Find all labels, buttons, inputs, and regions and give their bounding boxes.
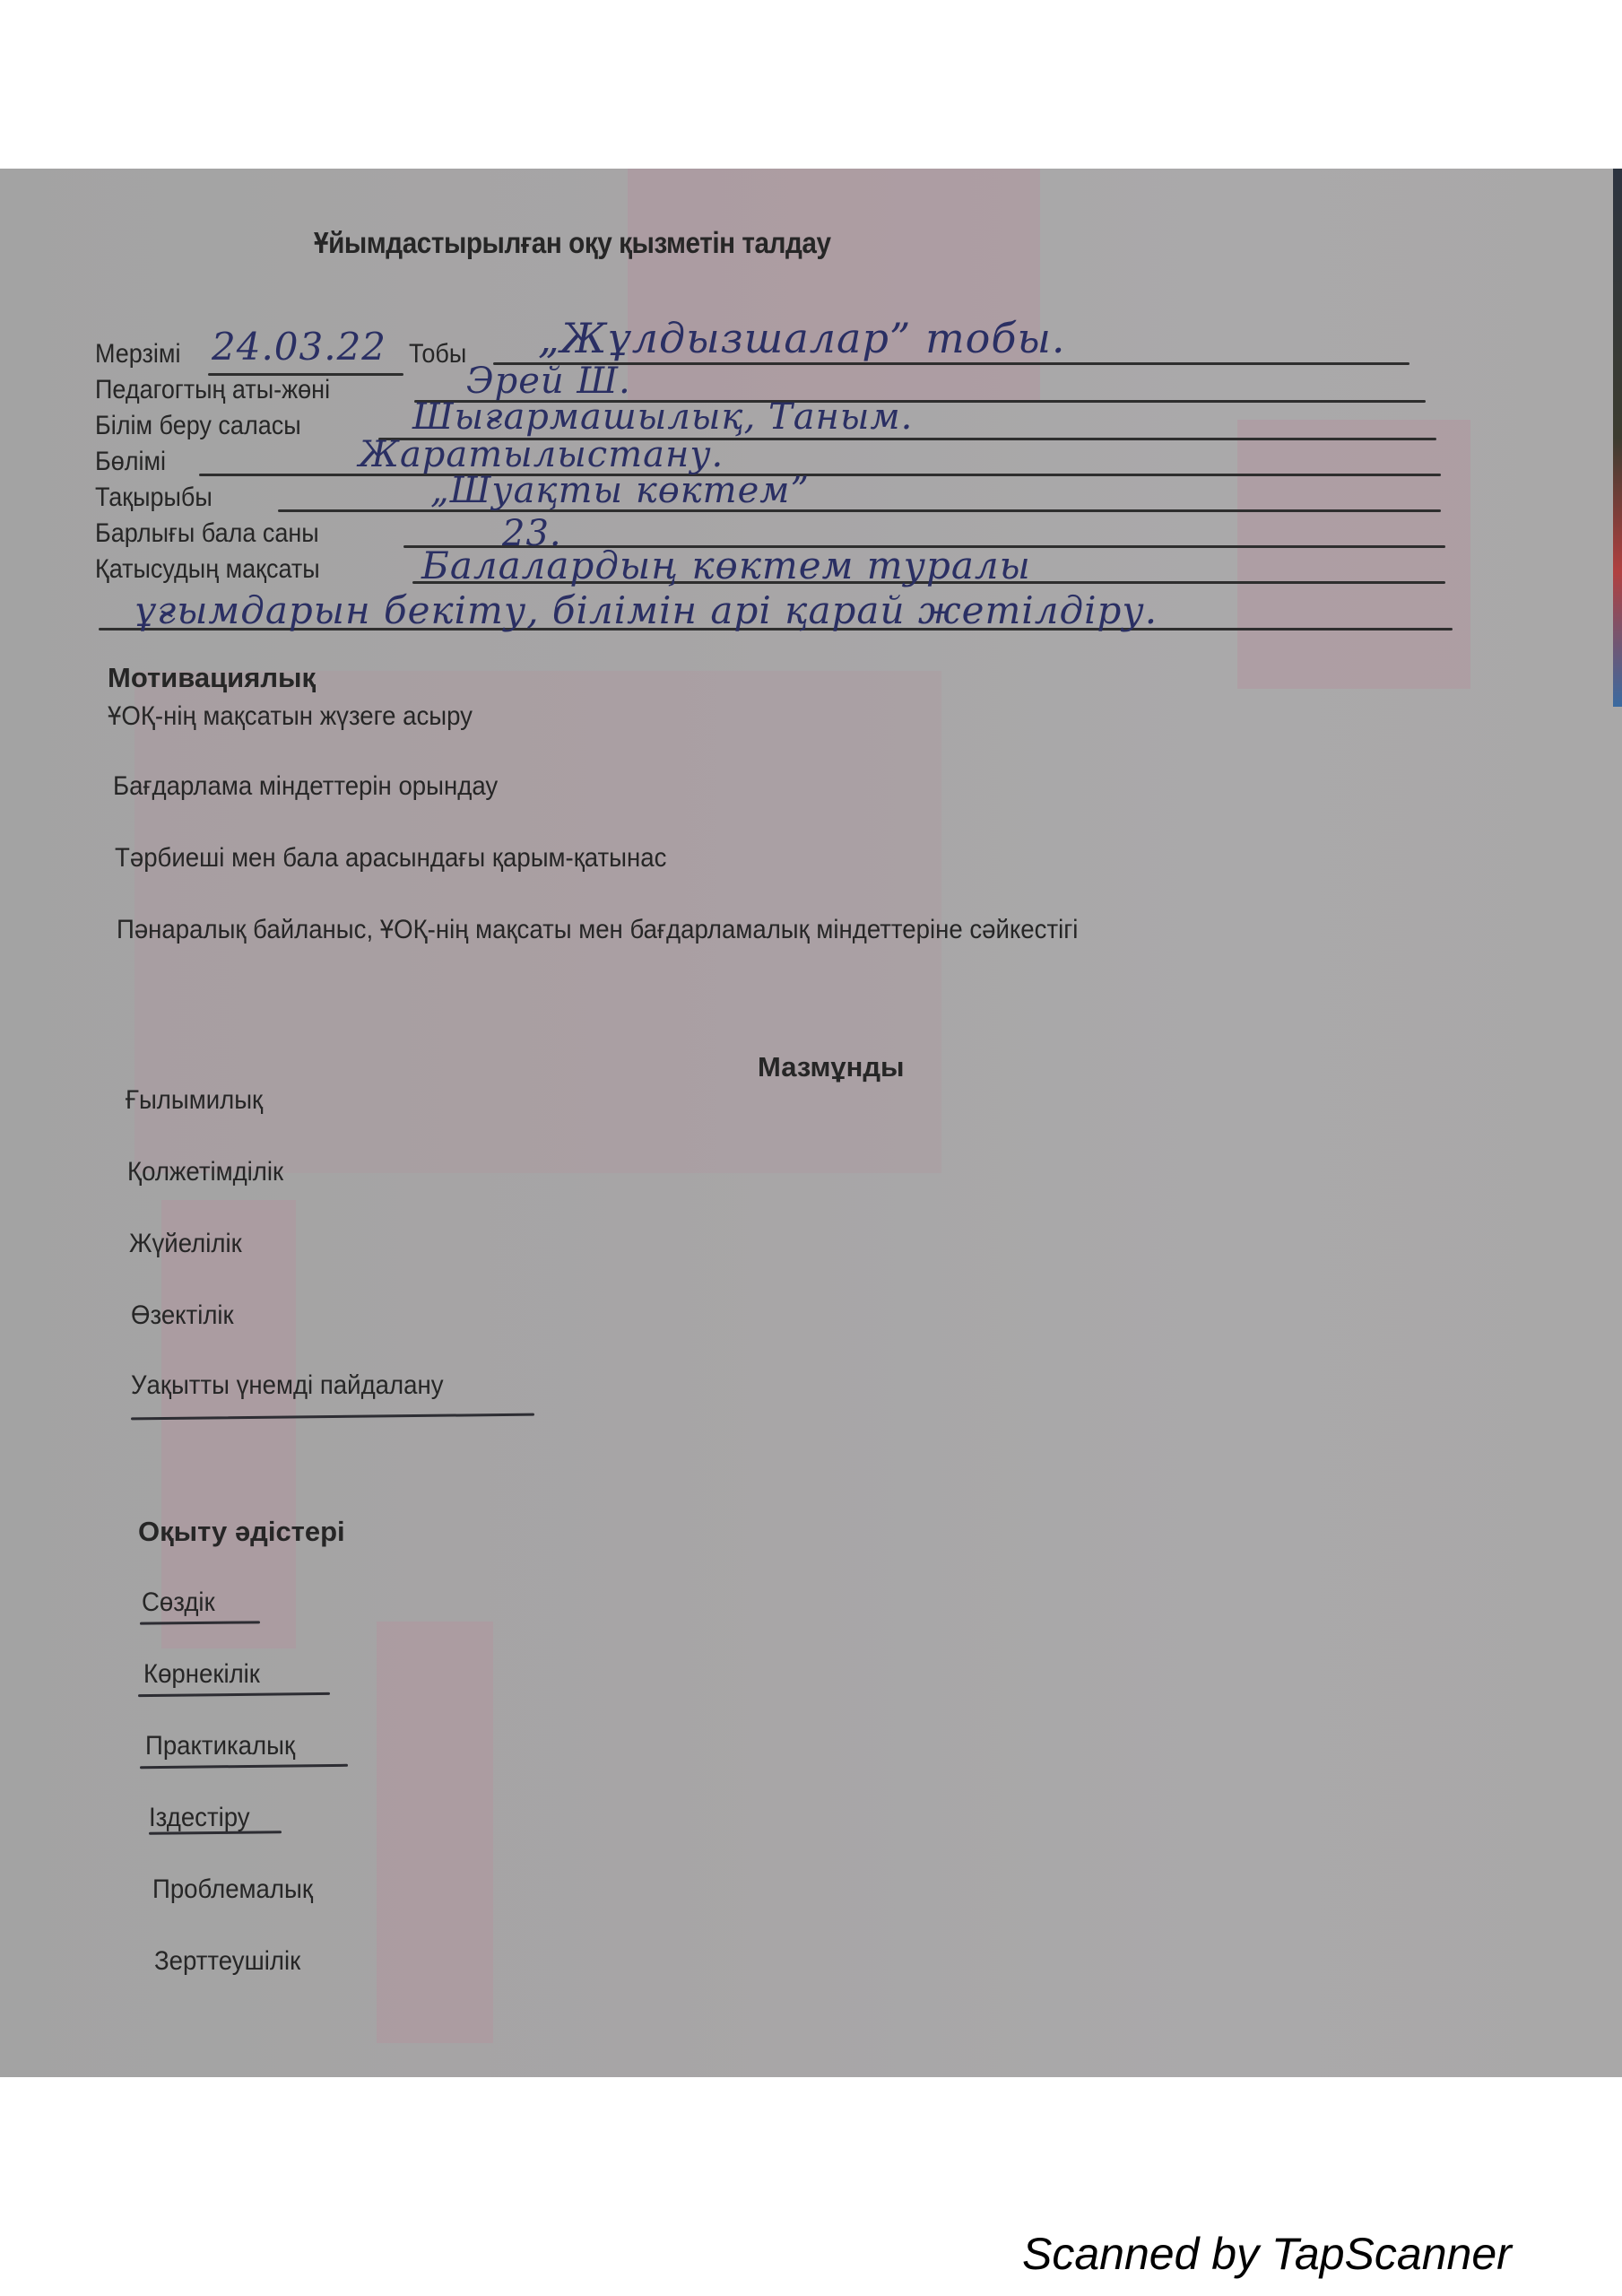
background-blotch (628, 169, 1040, 402)
field-label-topic: Тақырыбы (95, 483, 213, 513)
method-item: Зерттеушілік (154, 1946, 300, 1977)
field-value-goal[interactable]: Балалардың көктем туралы (421, 544, 1031, 587)
field-label-date: Мерзімі (95, 339, 180, 370)
scanned-page (0, 169, 1622, 2077)
field-value-area[interactable]: Шығармашылық, Таным. (412, 396, 913, 438)
field-label-teacher: Педагогтың аты-жөні (95, 375, 330, 405)
method-item-underlined: Көрнекілік (143, 1659, 260, 1690)
background-blotch (377, 1622, 493, 2043)
method-item-underlined: Іздестіру (149, 1803, 250, 1833)
field-label-goal: Қатысудың мақсаты (95, 554, 320, 585)
content-item: Қолжетімділік (127, 1157, 283, 1187)
motivation-item: ҰОҚ-нің мақсатын жүзеге асыру (108, 701, 473, 732)
field-label-area: Білім беру саласы (95, 411, 301, 441)
method-item-underlined: Сөздік (142, 1587, 215, 1618)
content-heading: Мазмұнды (758, 1051, 905, 1083)
field-value-group[interactable]: „Жұлдызшалар” тобы. (538, 314, 1066, 362)
scanner-watermark: Scanned by TapScanner (1022, 2228, 1512, 2280)
page-edge (1613, 169, 1622, 707)
method-item: Проблемалық (152, 1874, 313, 1905)
field-label-children-count: Барлығы бала саны (95, 518, 319, 549)
method-item-underlined: Практикалық (145, 1731, 295, 1761)
motivation-item: Тәрбиеші мен бала арасындағы қарым-қатын… (115, 843, 666, 874)
field-value-topic[interactable]: „Шуақты көктем” (430, 470, 810, 511)
field-label-group: Тобы (409, 339, 466, 370)
motivation-heading: Мотивациялық (108, 662, 316, 694)
content-item: Жүйелілік (129, 1229, 242, 1259)
document-title: Ұйымдастырылған оқу қызметін талдау (314, 226, 831, 260)
motivation-item: Пәнаралық байланыс, ҰОҚ-нің мақсаты мен … (117, 915, 1078, 945)
content-item-underlined: Уақытты үнемді пайдалану (131, 1370, 444, 1401)
methods-heading: Оқыту әдістері (138, 1516, 345, 1548)
background-blotch (1237, 420, 1470, 689)
field-label-section: Бөлімі (95, 447, 166, 477)
content-item: Өзектілік (131, 1300, 234, 1331)
content-item: Ғылымилық (126, 1085, 263, 1116)
background-blotch (161, 1200, 296, 1648)
field-value-date[interactable]: 24.03.22 (212, 325, 386, 369)
field-value-goal-continuation[interactable]: ұғымдарын бекіту, білімін арі қарай жеті… (134, 588, 1158, 632)
motivation-item: Бағдарлама міндеттерін орындау (113, 771, 498, 802)
